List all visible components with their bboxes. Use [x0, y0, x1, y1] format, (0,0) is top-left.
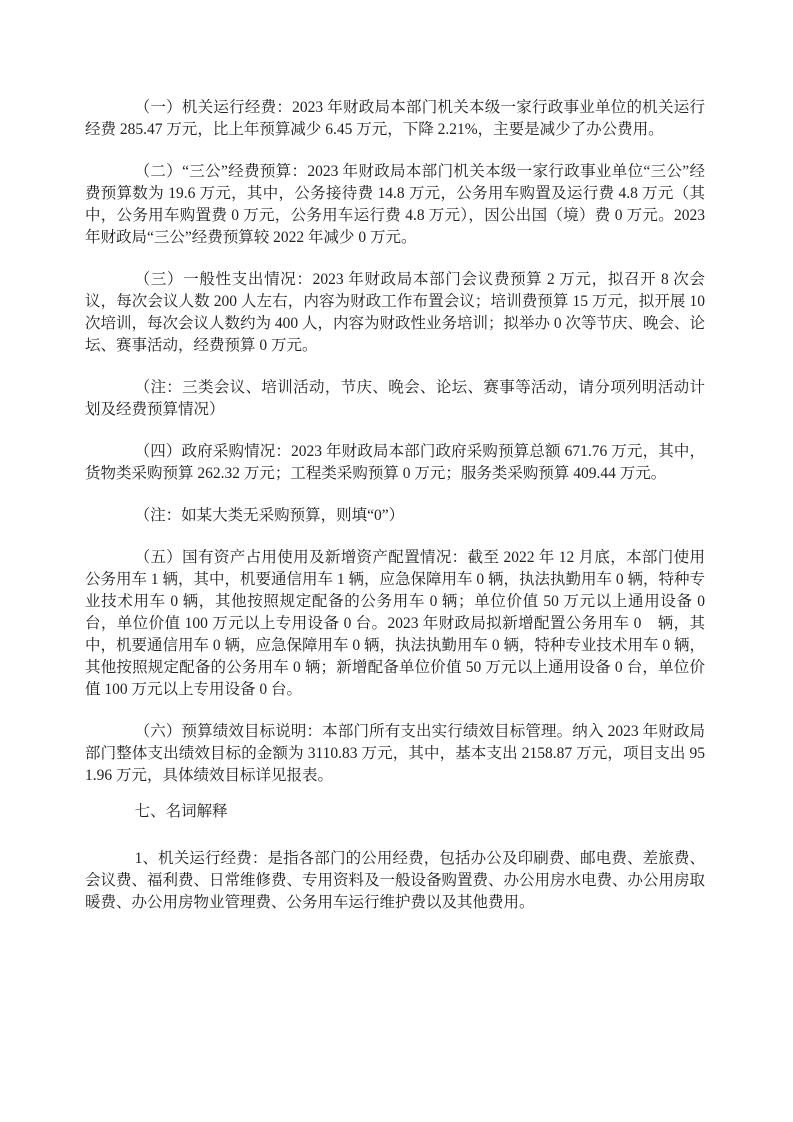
paragraph-glossary-agency-operating-funds: 1、机关运行经费：是指各部门的公用经费，包括办公及印刷费、邮电费、差旅费、会议费… [85, 848, 705, 914]
paragraph-general-expenditure: （三）一般性支出情况：2023 年财政局本部门会议费预算 2 万元，拟召开 8 … [85, 269, 705, 357]
section-heading-glossary: 七、名词解释 [85, 801, 705, 823]
paragraph-agency-operating-funds: （一）机关运行经费：2023 年财政局本部门机关本级一家行政事业单位的机关运行经… [85, 97, 705, 141]
document-page: （一）机关运行经费：2023 年财政局本部门机关本级一家行政事业单位的机关运行经… [0, 0, 793, 1122]
paragraph-state-owned-assets: （五）国有资产占用使用及新增资产配置情况：截至 2022 年 12 月底，本部门… [85, 547, 705, 701]
paragraph-three-public-expenses-budget: （二）“三公”经费预算：2023 年财政局本部门机关本级一家行政事业单位“三公”… [85, 161, 705, 249]
note-zero-procurement-budget: （注：如某大类无采购预算，则填“0”） [85, 505, 705, 527]
paragraph-government-procurement: （四）政府采购情况：2023 年财政局本部门政府采购预算总额 671.76 万元… [85, 441, 705, 485]
paragraph-budget-performance-targets: （六）预算绩效目标说明：本部门所有支出实行绩效目标管理。纳入 2023 年财政局… [85, 721, 705, 787]
note-meeting-training-activities: （注：三类会议、培训活动，节庆、晚会、论坛、赛事等活动，请分项列明活动计划及经费… [85, 377, 705, 421]
